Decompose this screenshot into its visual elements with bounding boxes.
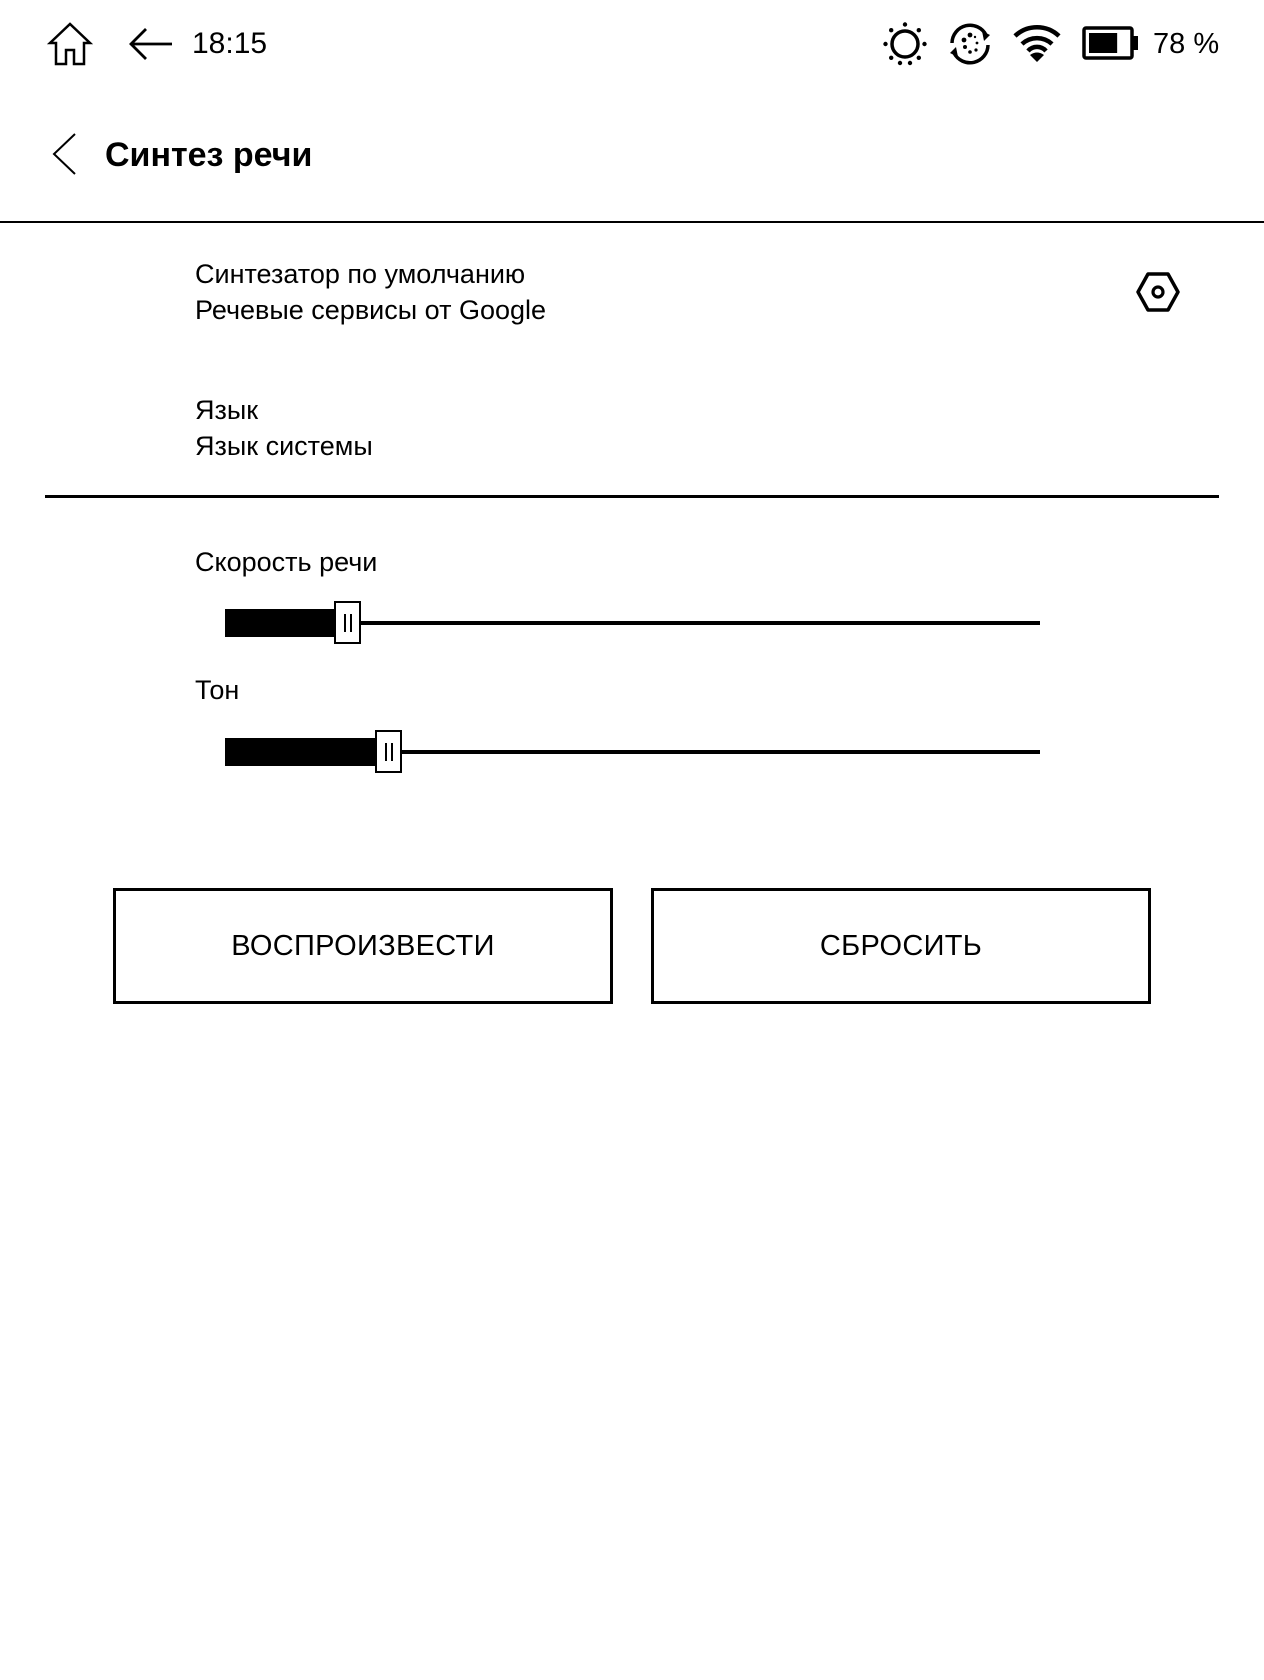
page-title: Синтез речи <box>105 134 312 176</box>
pitch-label: Тон <box>195 672 239 708</box>
battery-icon[interactable] <box>1082 26 1142 60</box>
reset-button[interactable]: СБРОСИТЬ <box>651 888 1151 1004</box>
home-icon[interactable] <box>46 22 94 66</box>
speech-rate-slider[interactable] <box>225 607 1040 639</box>
slider-thumb[interactable] <box>334 601 361 644</box>
language-title: Язык <box>195 392 1095 428</box>
default-engine-item[interactable]: Синтезатор по умолчанию Речевые сервисы … <box>195 256 1095 336</box>
language-item[interactable]: Язык Язык системы <box>195 392 1095 472</box>
wifi-icon[interactable] <box>1012 22 1062 64</box>
slider-fill <box>225 609 334 637</box>
slider-thumb[interactable] <box>375 730 402 773</box>
settings-hexagon-icon[interactable] <box>1135 271 1181 313</box>
sync-icon[interactable] <box>946 21 994 67</box>
default-engine-value: Речевые сервисы от Google <box>195 292 1095 328</box>
pitch-slider[interactable] <box>225 736 1040 768</box>
header-divider <box>0 221 1264 223</box>
default-engine-title: Синтезатор по умолчанию <box>195 256 1095 292</box>
brightness-icon[interactable] <box>882 21 928 67</box>
status-time: 18:15 <box>192 24 267 64</box>
back-arrow-icon[interactable] <box>128 26 174 62</box>
section-divider <box>45 495 1219 498</box>
speech-rate-label: Скорость речи <box>195 544 377 580</box>
language-value: Язык системы <box>195 428 1095 464</box>
chevron-left-icon[interactable] <box>50 132 80 176</box>
slider-fill <box>225 738 375 766</box>
play-button[interactable]: ВОСПРОИЗВЕСТИ <box>113 888 613 1004</box>
battery-percent: 78 % <box>1153 24 1219 64</box>
